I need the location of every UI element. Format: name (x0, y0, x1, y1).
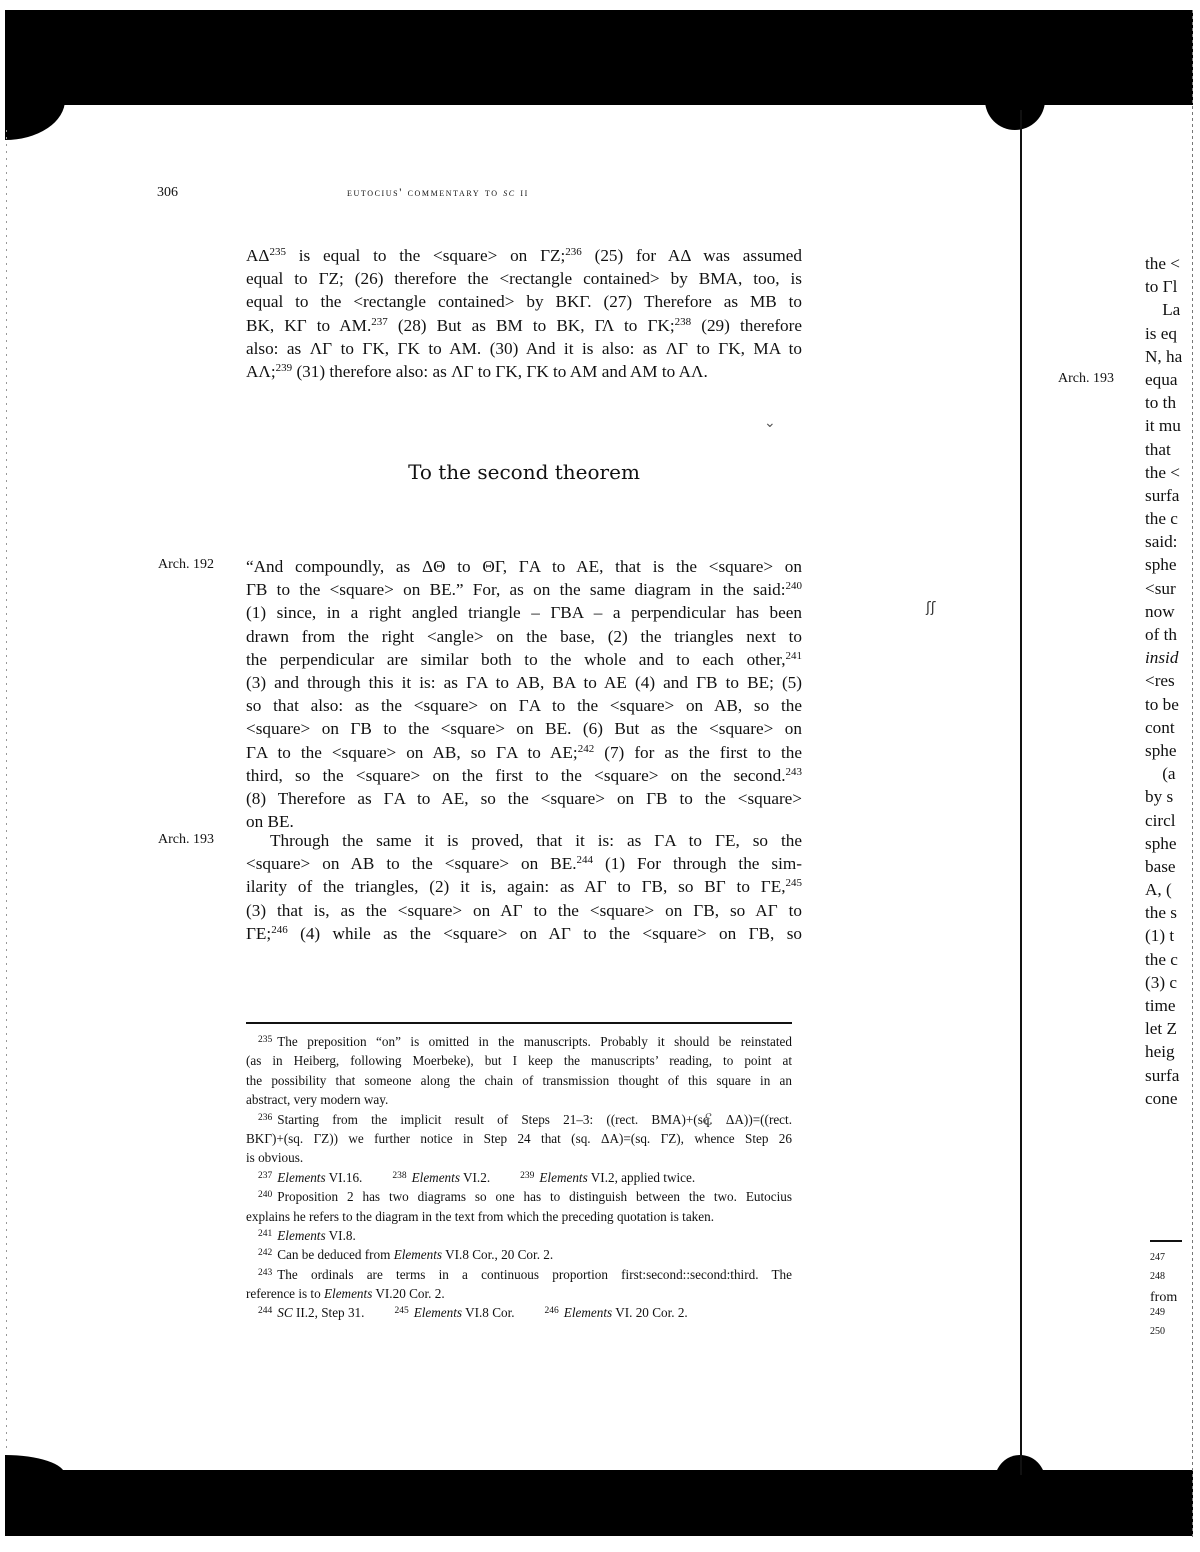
facing-page-footnotes: 247248from249250 (1150, 1240, 1192, 1345)
facing-text-line: the c (1145, 507, 1191, 530)
facing-text-line: heig (1145, 1040, 1191, 1063)
footnote-line: explains he refers to the diagram in the… (246, 1207, 792, 1226)
facing-text-line: (1) t (1145, 924, 1191, 947)
facing-text-line: to be (1145, 693, 1191, 716)
facing-text-line: sphe (1145, 739, 1191, 762)
text-line: third, so the <square> on the first to t… (246, 764, 802, 787)
facing-text-line: it mu (1145, 414, 1191, 437)
footnote-line: is obvious. (246, 1148, 792, 1167)
footnotes: 235The preposition “on” is omitted in th… (246, 1032, 792, 1323)
footnote-238: 238Elements VI.2. (392, 1168, 490, 1187)
facing-text-line: A, ( (1145, 878, 1191, 901)
text-line: so that also: as the <square> on ΓA to t… (246, 694, 802, 717)
footnote-240: 240Proposition 2 has two diagrams so one… (246, 1187, 792, 1206)
footnote-line: reference is to Elements VI.20 Cor. 2. (246, 1284, 792, 1303)
facing-text-line: equa (1145, 368, 1191, 391)
facing-text-line: <sur (1145, 577, 1191, 600)
footnote-244: 244SC II.2, Step 31. (258, 1303, 364, 1322)
facing-text-line: is eq (1145, 322, 1191, 345)
text-line: (8) Therefore as ΓA to AE, so the <squar… (246, 787, 802, 810)
footnotes-237-239: 237Elements VI.16. 238Elements VI.2. 239… (246, 1168, 792, 1187)
scan-shadow-gutter-top (985, 100, 1045, 130)
facing-text-line: sphe (1145, 553, 1191, 576)
scan-shadow-top (5, 10, 1193, 105)
text-line: AΔ235 is equal to the <square> on ΓZ;236… (246, 244, 802, 267)
page-number: 306 (157, 185, 178, 201)
footnote-line: BKΓ)+(sq. ΓZ)) we further notice in Step… (246, 1129, 792, 1148)
scan-shadow-bottom-corner (5, 1455, 65, 1475)
facing-text-line: cont (1145, 716, 1191, 739)
facing-text-line: the < (1145, 461, 1191, 484)
facing-text-line: circl (1145, 809, 1191, 832)
facing-text-line: (a (1145, 762, 1191, 785)
text-line: ΓB to the <square> on BE.” For, as on th… (246, 578, 802, 601)
text-line: (3) that is, as the <square> on AΓ to th… (246, 899, 802, 922)
footnotes-244-246: 244SC II.2, Step 31. 245Elements VI.8 Co… (246, 1303, 792, 1322)
text-line: (3) and through this it is: as ΓA to AB,… (246, 671, 802, 694)
facing-text-line: now (1145, 600, 1191, 623)
facing-text-line: cone (1145, 1087, 1191, 1110)
paragraph-through-the-same: Through the same it is proved, that it i… (246, 829, 802, 945)
facing-text-line: N, ha (1145, 345, 1191, 368)
text-line: “And compoundly, as ΔΘ to ΘΓ, ΓA to AE, … (246, 555, 802, 578)
facing-text-line: to Γl (1145, 275, 1191, 298)
footnote-line: (as in Heiberg, following Moerbeke), but… (246, 1051, 792, 1070)
text-line: AΛ;239 (31) therefore also: as ΛΓ to ΓK,… (246, 360, 802, 383)
running-head: 306 Eutocius' Commentary to SC II (157, 185, 857, 205)
facing-footnote-fragment: 250 (1150, 1326, 1192, 1345)
facing-text-line: let Z (1145, 1017, 1191, 1040)
facing-footnote-fragment: 248 (1150, 1271, 1192, 1290)
page-edge-left (6, 130, 7, 1450)
text-line: equal to the <rectangle contained> by BK… (246, 290, 802, 313)
handwritten-mark: ʃʃ (926, 600, 935, 616)
text-line: <square> on ΓB to the <square> on BE. (6… (246, 717, 802, 740)
footnote-235: 235The preposition “on” is omitted in th… (246, 1032, 792, 1051)
facing-text-line: to th (1145, 391, 1191, 414)
margin-note-arch-192: Arch. 192 (158, 557, 214, 573)
footnote-239: 239Elements VI.2, applied twice. (520, 1168, 695, 1187)
facing-text-line: sphe (1145, 832, 1191, 855)
footnote-line: the possibility that someone along the c… (246, 1071, 792, 1090)
text-line: (1) since, in a right angled triangle – … (246, 601, 802, 624)
facing-footnote-rule (1150, 1240, 1182, 1242)
footnote-242: 242Can be deduced from Elements VI.8 Cor… (246, 1245, 792, 1264)
margin-note-arch-193: Arch. 193 (158, 832, 214, 848)
right-margin-note-arch-193: Arch. 193 (1058, 371, 1114, 387)
facing-footnote-fragment: from (1150, 1290, 1192, 1307)
facing-text-line: the < (1145, 252, 1191, 275)
page-edge-right (1192, 10, 1193, 1540)
footnote-243: 243The ordinals are terms in a continuou… (246, 1265, 792, 1284)
facing-footnote-fragment: 249 (1150, 1307, 1192, 1326)
footnote-237: 237Elements VI.16. (258, 1168, 362, 1187)
text-line: ilarity of the triangles, (2) it is, aga… (246, 875, 802, 898)
facing-text-line: insid (1145, 646, 1191, 669)
running-title: Eutocius' Commentary to SC II (347, 185, 529, 200)
text-line: ΓA to the <square> on AB, so ΓA to AE;24… (246, 741, 802, 764)
footnote-241: 241Elements VI.8. (246, 1226, 792, 1245)
facing-text-line: said: (1145, 530, 1191, 553)
text-line: <square> on AB to the <square> on BE.244… (246, 852, 802, 875)
text-line: the perpendicular are similar both to th… (246, 648, 802, 671)
book-gutter (1020, 110, 1022, 1475)
facing-text-line: base (1145, 855, 1191, 878)
facing-text-line: by s (1145, 785, 1191, 808)
facing-text-line: that (1145, 438, 1191, 461)
handwritten-mark: ℰ (703, 1110, 713, 1129)
section-heading: To the second theorem (246, 460, 802, 484)
facing-text-line: (3) c (1145, 971, 1191, 994)
text-line: drawn from the right <angle> on the base… (246, 625, 802, 648)
text-line: equal to ΓZ; (26) therefore the <rectang… (246, 267, 802, 290)
facing-text-line: La (1145, 298, 1191, 321)
scan-shadow-top-corner (5, 100, 65, 140)
facing-text-line: the s (1145, 901, 1191, 924)
footnote-line: abstract, very modern way. (246, 1090, 792, 1109)
footnote-246: 246Elements VI. 20 Cor. 2. (545, 1303, 688, 1322)
text-line: ΓE;246 (4) while as the <square> on AΓ t… (246, 922, 802, 945)
paragraph-continuation: AΔ235 is equal to the <square> on ΓZ;236… (246, 244, 802, 383)
text-line: Through the same it is proved, that it i… (246, 829, 802, 852)
text-line: BK, KΓ to AM.237 (28) But as BM to BK, Γ… (246, 314, 802, 337)
facing-text-line: surfa (1145, 484, 1191, 507)
facing-text-line: time (1145, 994, 1191, 1017)
facing-footnote-fragment: 247 (1150, 1252, 1192, 1271)
text-line: also: as ΛΓ to ΓK, ΓK to AM. (30) And it… (246, 337, 802, 360)
facing-page-text: the <to Γl Lais eqN, haequato thit mutha… (1145, 252, 1191, 1110)
footnote-245: 245Elements VI.8 Cor. (394, 1303, 514, 1322)
paragraph-second-theorem: “And compoundly, as ΔΘ to ΘΓ, ΓA to AE, … (246, 555, 802, 833)
facing-text-line: <res (1145, 669, 1191, 692)
facing-text-line: the c (1145, 948, 1191, 971)
handwritten-mark: ⌄ (764, 415, 776, 431)
footnote-rule (246, 1022, 792, 1024)
facing-text-line: of th (1145, 623, 1191, 646)
facing-text-line: surfa (1145, 1064, 1191, 1087)
